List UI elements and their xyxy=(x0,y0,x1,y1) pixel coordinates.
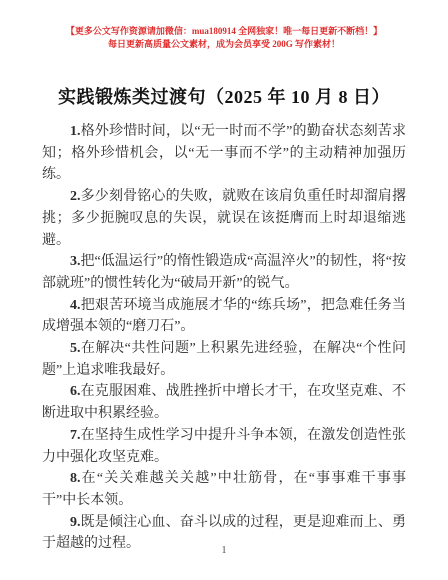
document-page: 【更多公文写作资源请加微信：mua180914 全网独家！唯一每日更新不断档！】… xyxy=(0,0,448,580)
document-body: 1.格外珍惜时间，以“无一时而不学”的勤奋状态刻苦求知；格外珍惜机会，以“无一事… xyxy=(42,121,406,555)
paragraph-text: 在“关关难越关关越”中壮筋骨，在“事事难干事事干”中长本领。 xyxy=(42,471,406,508)
paragraph-number: 1. xyxy=(70,124,81,139)
paragraph: 5.在解决“共性问题”上积累先进经验，在解决“个性问题”上追求唯我最好。 xyxy=(42,338,406,381)
paragraph: 4.把艰苦环境当成施展才华的“练兵场”，把急难任务当成增强本领的“磨刀石”。 xyxy=(42,295,406,338)
paragraph-number: 4. xyxy=(70,298,81,313)
paragraph-number: 6. xyxy=(70,384,81,399)
promo-line-2: 每日更新高质量公文素材，成为会员享受 200G 写作素材！ xyxy=(0,38,448,51)
paragraph-number: 9. xyxy=(70,515,81,530)
paragraph: 3.把“低温运行”的惰性锻造成“高温淬火”的韧性，将“按部就班”的惯性转化为“破… xyxy=(42,251,406,294)
paragraph-number: 5. xyxy=(70,341,81,356)
paragraph-number: 7. xyxy=(70,428,81,443)
paragraph: 6.在克服困难、战胜挫折中增长才干，在攻坚克难、不断进取中积累经验。 xyxy=(42,381,406,424)
page-number: 1 xyxy=(0,545,448,556)
paragraph-text: 格外珍惜时间，以“无一时而不学”的勤奋状态刻苦求知；格外珍惜机会，以“无一事而不… xyxy=(42,124,406,182)
page-title: 实践锻炼类过渡句（2025 年 10 月 8 日） xyxy=(0,85,448,109)
promo-header: 【更多公文写作资源请加微信：mua180914 全网独家！唯一每日更新不断档！】… xyxy=(0,0,448,51)
paragraph: 2.多少刻骨铭心的失败，就败在该肩负重任时却溜肩撂挑；多少扼腕叹息的失误，就误在… xyxy=(42,186,406,251)
paragraph-number: 8. xyxy=(70,471,81,486)
paragraph-number: 2. xyxy=(70,189,81,204)
paragraph-text: 在坚持生成性学习中提升斗争本领，在激发创造性张力中强化攻坚克难。 xyxy=(42,428,406,465)
paragraph-text: 在解决“共性问题”上积累先进经验，在解决“个性问题”上追求唯我最好。 xyxy=(42,341,406,378)
paragraph-text: 把“低温运行”的惰性锻造成“高温淬火”的韧性，将“按部就班”的惯性转化为“破局开… xyxy=(42,254,406,291)
paragraph-number: 3. xyxy=(70,254,81,269)
paragraph: 1.格外珍惜时间，以“无一时而不学”的勤奋状态刻苦求知；格外珍惜机会，以“无一事… xyxy=(42,121,406,186)
paragraph: 7.在坚持生成性学习中提升斗争本领，在激发创造性张力中强化攻坚克难。 xyxy=(42,425,406,468)
paragraph: 8.在“关关难越关关越”中壮筋骨，在“事事难干事事干”中长本领。 xyxy=(42,468,406,511)
paragraph-text: 多少刻骨铭心的失败，就败在该肩负重任时却溜肩撂挑；多少扼腕叹息的失误，就误在该挺… xyxy=(42,189,406,247)
paragraph-text: 把艰苦环境当成施展才华的“练兵场”，把急难任务当成增强本领的“磨刀石”。 xyxy=(42,298,406,335)
paragraph-text: 在克服困难、战胜挫折中增长才干，在攻坚克难、不断进取中积累经验。 xyxy=(42,384,406,421)
promo-line-1: 【更多公文写作资源请加微信：mua180914 全网独家！唯一每日更新不断档！】 xyxy=(0,25,448,38)
